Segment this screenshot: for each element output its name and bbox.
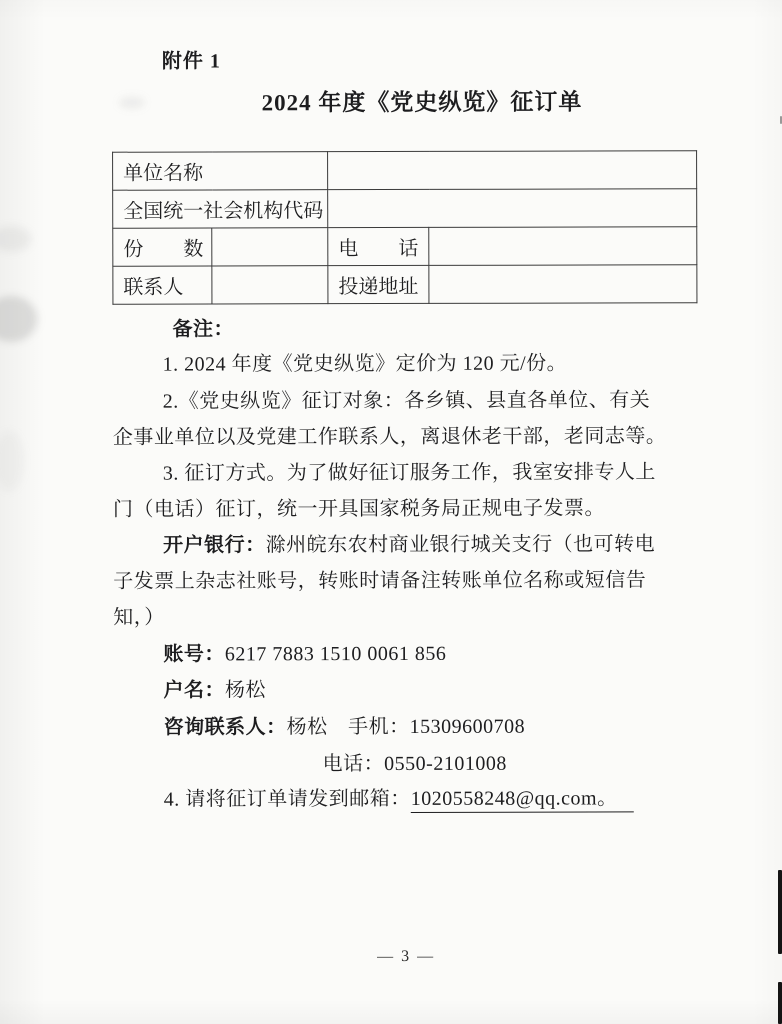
contact-value-cell bbox=[212, 266, 328, 304]
note-item-3-line-1: 3. 征订方式。为了做好征订服务工作，我室安排专人上 bbox=[163, 455, 656, 485]
bank-text-1: 滁州皖东农村商业银行城关支行（也可转电 bbox=[266, 533, 656, 556]
scan-smudge bbox=[0, 431, 24, 491]
credit-code-value-cell bbox=[328, 189, 697, 228]
document-title: 2024 年度《党史纵览》征订单 bbox=[112, 83, 732, 118]
scan-smudge bbox=[0, 226, 31, 252]
holder-name: 杨松 bbox=[225, 679, 266, 701]
unit-name-label-cell: 单位名称 bbox=[113, 152, 328, 191]
note-item-2-line-1: 2.《党史纵览》征订对象：各乡镇、县直各单位、有关 bbox=[163, 383, 651, 413]
account-label: 账号： bbox=[163, 643, 225, 665]
address-label-cell: 投递地址 bbox=[328, 265, 429, 303]
phone-number: 0550-2101008 bbox=[384, 753, 507, 775]
note-item-1: 1. 2024 年度《党史纵览》定价为 120 元/份。 bbox=[163, 347, 568, 377]
table-row: 联系人 投递地址 bbox=[113, 265, 697, 305]
phone-value-cell bbox=[429, 227, 697, 266]
copies-label-cell: 份 数 bbox=[113, 228, 212, 266]
scanned-document-page: 附件 1 2024 年度《党史纵览》征订单 单位名称 全国统一社会机构代码 份 … bbox=[0, 0, 782, 1024]
subscription-form-table: 单位名称 全国统一社会机构代码 份 数 电 话 联系人 投递地址 bbox=[112, 150, 697, 305]
unit-name-value-cell bbox=[328, 151, 697, 190]
contact-label-cell: 联系人 bbox=[113, 266, 212, 304]
email-prefix: 4. 请将征订单请发到邮箱： bbox=[164, 788, 411, 811]
bank-label: 开户银行： bbox=[163, 534, 266, 556]
scan-smudge bbox=[0, 296, 38, 342]
phone-line: 电话：0550-2101008 bbox=[323, 747, 507, 776]
account-line: 账号：6217 7883 1510 0061 856 bbox=[163, 637, 446, 667]
page-number: — 3 — bbox=[114, 947, 698, 967]
copies-value-cell bbox=[212, 228, 328, 266]
holder-line: 户名：杨松 bbox=[163, 673, 266, 702]
scan-edge-mark bbox=[778, 982, 782, 1024]
attachment-label: 附件 1 bbox=[162, 44, 221, 73]
note-item-4: 4. 请将征订单请发到邮箱：1020558248@qq.com。 bbox=[164, 781, 634, 811]
phone-label: 电话： bbox=[323, 753, 385, 775]
bank-line-3: 知，） bbox=[113, 601, 165, 630]
paper-sheet: 附件 1 2024 年度《党史纵览》征订单 单位名称 全国统一社会机构代码 份 … bbox=[0, 0, 782, 1024]
account-number: 6217 7883 1510 0061 856 bbox=[225, 643, 447, 666]
scan-edge-mark bbox=[778, 870, 782, 954]
note-item-2-line-2: 企事业单位以及党建工作联系人，离退休老干部，老同志等。 bbox=[113, 419, 667, 449]
phone-label-cell: 电 话 bbox=[328, 227, 429, 265]
mobile-label: 手机： bbox=[348, 716, 410, 738]
table-row: 全国统一社会机构代码 bbox=[113, 189, 697, 229]
consult-name: 杨松 bbox=[287, 716, 328, 738]
bank-line-1: 开户银行：滁州皖东农村商业银行城关支行（也可转电 bbox=[163, 527, 655, 557]
address-value-cell bbox=[429, 265, 697, 304]
credit-code-label-cell: 全国统一社会机构代码 bbox=[113, 190, 328, 229]
email-address: 1020558248@qq.com。 bbox=[411, 787, 634, 813]
note-item-3-line-2: 门（电话）征订，统一开具国家税务局正规电子发票。 bbox=[113, 491, 605, 521]
consult-line: 咨询联系人：杨松 手机：15309600708 bbox=[164, 710, 526, 740]
table-row: 单位名称 bbox=[113, 151, 697, 191]
table-row: 份 数 电 话 bbox=[113, 227, 697, 267]
holder-label: 户名： bbox=[163, 679, 225, 701]
bank-line-2: 子发票上杂志社账号，转账时请备注转账单位名称或短信告 bbox=[113, 563, 646, 593]
notes-heading: 备注： bbox=[172, 312, 234, 341]
consult-label: 咨询联系人： bbox=[164, 716, 287, 738]
mobile-number: 15309600708 bbox=[410, 716, 526, 738]
